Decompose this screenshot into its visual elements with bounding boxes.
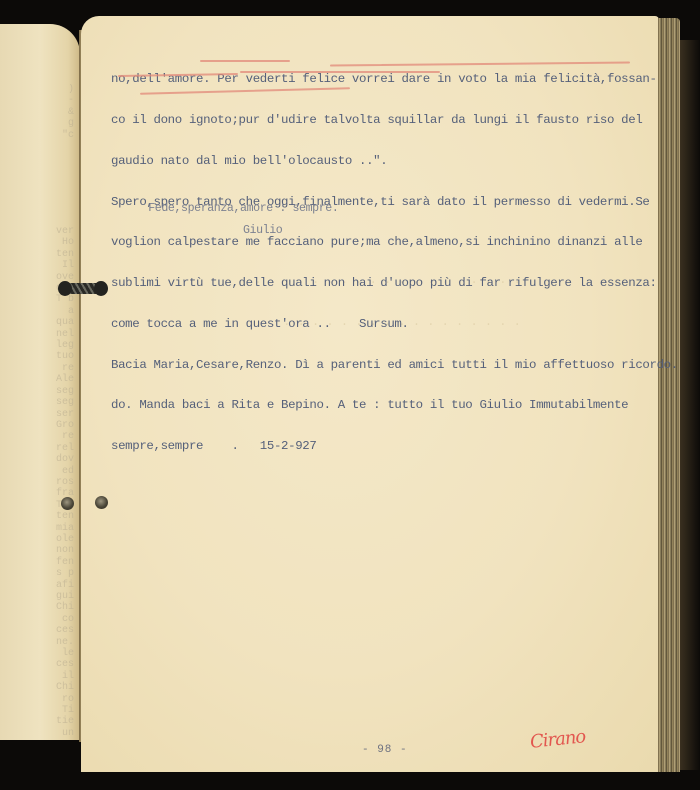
left-page-bleed-text: ver Ho ten Il ove don T b a qua nel leg … [48, 226, 74, 739]
punch-hole [95, 496, 108, 509]
letter-line: Bacia Maria,Cesare,Renzo. Dì a parenti e… [111, 359, 671, 373]
punch-hole [61, 497, 74, 510]
letter-line: sublimi virtù tue,delle quali non hai d'… [111, 277, 671, 291]
red-underline [240, 71, 440, 73]
letter-line: gaudio nato dal mio bell'olocausto ..". [111, 155, 671, 169]
red-underline [200, 60, 290, 62]
left-page-bleed-text: ) - & g "c [48, 84, 74, 141]
closing-block: Fede,speranza,amore : sempre. Giulio [122, 192, 338, 258]
book-scan: ) - & g "c ver Ho ten Il ove don T b a q… [0, 0, 700, 790]
letter-line: co il dono ignoto;pur d'udire talvolta s… [111, 114, 671, 128]
letter-line: do. Manda baci a Rita e Bepino. A te : t… [111, 399, 671, 413]
letter-line: sempre,sempre . 15-2-927 [111, 440, 671, 454]
closing-motto: Fede,speranza,amore : sempre. [148, 202, 338, 215]
binding-cord [60, 283, 106, 294]
letter-line: come tocca a me in quest'ora .. Sursum. [111, 318, 671, 332]
signature: Giulio [122, 225, 338, 236]
page-number: - 98 - [362, 744, 408, 756]
left-page: ) - & g "c ver Ho ten Il ove don T b a q… [0, 24, 80, 740]
page-shadow [680, 40, 700, 770]
letter-body: no,dell'amore. Per vederti felice vorrei… [111, 46, 671, 481]
